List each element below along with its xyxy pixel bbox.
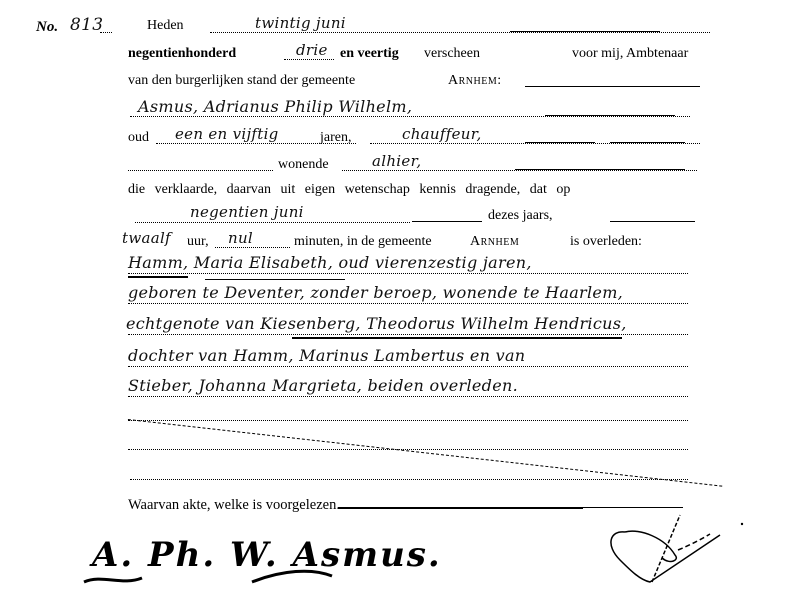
municipality-name: Arnhem: <box>448 73 502 89</box>
hand-date-day: twintig juni <box>255 14 346 32</box>
dotted-rule <box>135 222 410 223</box>
surname-underline <box>205 279 345 280</box>
declarant-residence: alhier, <box>372 152 421 170</box>
dotted-rule <box>342 170 697 171</box>
dotted-rule <box>128 396 688 397</box>
dotted-rule <box>100 32 112 33</box>
fill-rule <box>515 169 685 170</box>
dotted-rule <box>128 273 688 274</box>
declarant-occupation: chauffeur, <box>402 125 482 143</box>
deceased-spouse: echtgenote van Kiesenberg, Theodorus Wil… <box>126 314 627 333</box>
death-minutes: nul <box>228 229 253 247</box>
deceased-father: dochter van Hamm, Marinus Lambertus en v… <box>128 346 525 365</box>
municipality-label: van den burgerlijken stand der gemeente <box>128 73 355 89</box>
fill-rule <box>338 507 583 509</box>
dotted-rule <box>128 303 688 304</box>
surname-underline <box>128 276 188 278</box>
deceased-birth-residence: geboren te Deventer, zonder beroep, wone… <box>128 283 623 302</box>
dotted-rule <box>128 170 273 171</box>
declarant-age: een en vijftig <box>175 125 279 143</box>
dotted-rule <box>128 334 688 335</box>
dotted-rule <box>128 366 688 367</box>
fill-rule <box>610 142 685 143</box>
spouse-underline <box>292 337 622 339</box>
year-suffix: en veertig <box>340 46 399 62</box>
void-strike-line <box>128 419 722 487</box>
dotted-rule <box>130 479 688 480</box>
dotted-rule <box>210 32 710 33</box>
wonende-label: wonende <box>278 157 329 173</box>
jaren-label: jaren, <box>320 130 351 146</box>
overleden-label: is overleden: <box>570 234 642 250</box>
heden-label: Heden <box>147 18 184 34</box>
dezes-jaars-label: dezes jaars, <box>488 208 553 224</box>
declarant-name: Asmus, Adrianus Philip Wilhelm, <box>138 97 412 116</box>
death-date: negentien juni <box>190 203 304 221</box>
death-place: Arnhem <box>470 234 519 250</box>
verscheen-label: verscheen <box>424 46 480 62</box>
record-number: 813 <box>70 15 103 35</box>
oud-label: oud <box>128 130 149 146</box>
hand-year: drie <box>296 41 328 59</box>
dotted-rule <box>215 247 290 248</box>
dotted-rule <box>284 59 334 60</box>
fill-rule <box>510 31 660 32</box>
uur-label: uur, <box>187 234 209 250</box>
signature-flourish <box>82 560 372 590</box>
declaration-text: die verklaarde, daarvan uit eigen wetens… <box>128 182 570 198</box>
fill-rule <box>610 221 695 222</box>
deceased-mother: Stieber, Johanna Margrieta, beiden overl… <box>128 376 518 395</box>
fill-rule <box>583 507 683 508</box>
dotted-rule <box>128 420 688 421</box>
dotted-rule <box>370 143 700 144</box>
minuten-label: minuten, in de gemeente <box>294 234 432 250</box>
fill-rule <box>412 221 482 222</box>
death-hour: twaalf <box>122 229 171 247</box>
fill-rule <box>525 142 595 143</box>
fill-rule <box>545 115 675 116</box>
deceased-name-age: Hamm, Maria Elisabeth, oud vierenzestig … <box>128 253 532 272</box>
registrar-paraph-icon <box>600 510 760 585</box>
fill-rule <box>525 86 700 87</box>
closing-statement: Waarvan akte, welke is voorgelezen. <box>128 497 340 514</box>
year-prefix: negentienhonderd <box>128 46 236 62</box>
dotted-rule <box>130 116 690 117</box>
record-number-label: No. <box>36 19 58 36</box>
registrar-label: voor mij, Ambtenaar <box>572 46 688 62</box>
